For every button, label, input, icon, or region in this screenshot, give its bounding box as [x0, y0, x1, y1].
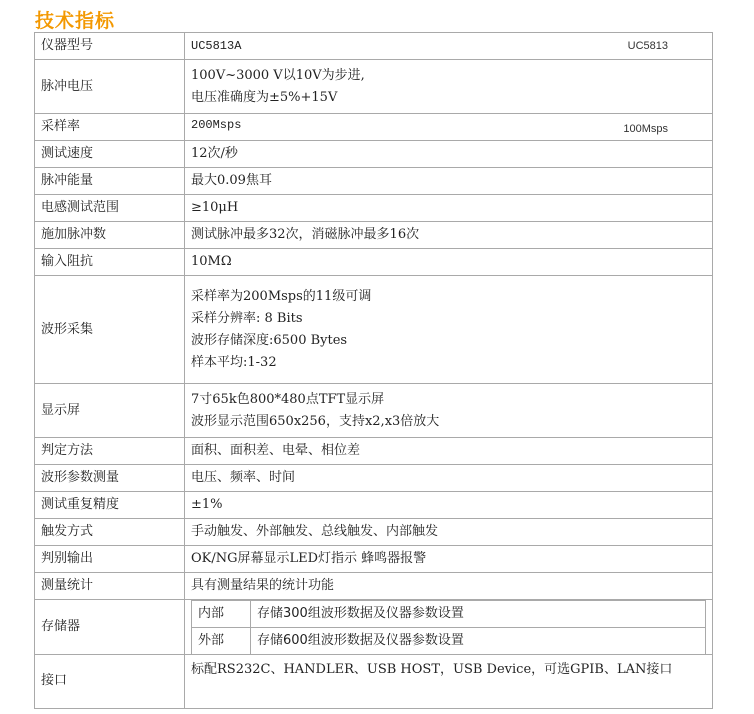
- spec-row-test-speed: 测试速度 12次/秒: [35, 141, 713, 168]
- row-label: 测试重复精度: [35, 492, 185, 519]
- row-value: 具有测量结果的统计功能: [185, 573, 713, 600]
- row-label: 波形采集: [35, 276, 185, 384]
- spec-row-judgment-output: 判别输出 OK/NG屏幕显示LED灯指示 蜂鸣器报警: [35, 546, 713, 573]
- row-label: 测试速度: [35, 141, 185, 168]
- row-value: 100V~3000 V以10V为步进, 电压准确度为±5%+15V: [185, 60, 713, 114]
- row-value: 面积、面积差、电晕、相位差: [185, 438, 713, 465]
- storage-subtable-cell: 内部 存储300组波形数据及仪器参数设置 外部 存储600组波形数据及仪器参数设…: [185, 600, 713, 655]
- row-label: 施加脉冲数: [35, 222, 185, 249]
- row-value: ±1%: [185, 492, 713, 519]
- section-title: 技术指标: [35, 6, 115, 33]
- spec-row-model: 仪器型号 UC5813A UC5813: [35, 33, 713, 60]
- sample-rate-alt: 100Msps: [623, 118, 668, 140]
- spec-row-waveform-params: 波形参数测量 电压、频率、时间: [35, 465, 713, 492]
- spec-row-pulse-voltage: 脉冲电压 100V~3000 V以10V为步进, 电压准确度为±5%+15V: [35, 60, 713, 114]
- storage-sub-value: 存储300组波形数据及仪器参数设置: [251, 601, 706, 628]
- storage-row-external: 外部 存储600组波形数据及仪器参数设置: [192, 628, 706, 654]
- row-value: 12次/秒: [185, 141, 713, 168]
- row-label: 显示屏: [35, 384, 185, 438]
- row-value: 测试脉冲最多32次，消磁脉冲最多16次: [185, 222, 713, 249]
- value-line: 采样分辨率: 8 Bits: [191, 308, 706, 330]
- row-label: 触发方式: [35, 519, 185, 546]
- row-label: 存储器: [35, 600, 185, 655]
- row-value: ≥10μH: [185, 195, 713, 222]
- spec-row-sample-rate: 采样率 200Msps 100Msps: [35, 114, 713, 141]
- value-line: 波形显示范围650x256，支持x2,x3倍放大: [191, 411, 706, 433]
- row-value: 7寸65k色800*480点TFT显示屏 波形显示范围650x256，支持x2,…: [185, 384, 713, 438]
- spec-row-inductance-range: 电感测试范围 ≥10μH: [35, 195, 713, 222]
- value-line: 7寸65k色800*480点TFT显示屏: [191, 389, 706, 411]
- model-alt: UC5813: [628, 35, 668, 57]
- spec-table: 仪器型号 UC5813A UC5813 脉冲电压 100V~3000 V以10V…: [34, 32, 713, 709]
- value-line: 波形存储深度:6500 Bytes: [191, 330, 706, 352]
- row-label: 波形参数测量: [35, 465, 185, 492]
- row-value: 10MΩ: [185, 249, 713, 276]
- row-value: 采样率为200Msps的11级可调 采样分辨率: 8 Bits 波形存储深度:6…: [185, 276, 713, 384]
- spec-row-trigger-mode: 触发方式 手动触发、外部触发、总线触发、内部触发: [35, 519, 713, 546]
- spec-row-judgment-method: 判定方法 面积、面积差、电晕、相位差: [35, 438, 713, 465]
- spec-row-storage: 存储器 内部 存储300组波形数据及仪器参数设置 外部 存储600组波形数据及仪…: [35, 600, 713, 655]
- row-label: 判别输出: [35, 546, 185, 573]
- row-label: 判定方法: [35, 438, 185, 465]
- spec-row-repeatability: 测试重复精度 ±1%: [35, 492, 713, 519]
- row-label: 脉冲电压: [35, 60, 185, 114]
- storage-sub-value: 存储600组波形数据及仪器参数设置: [251, 628, 706, 654]
- spec-row-statistics: 测量统计 具有测量结果的统计功能: [35, 573, 713, 600]
- row-label: 接口: [35, 654, 185, 708]
- row-label: 电感测试范围: [35, 195, 185, 222]
- value-line: 电压准确度为±5%+15V: [191, 87, 706, 109]
- row-label: 输入阻抗: [35, 249, 185, 276]
- sample-rate-primary: 200Msps: [191, 118, 241, 132]
- row-value: UC5813A UC5813: [185, 33, 713, 60]
- row-value: 电压、频率、时间: [185, 465, 713, 492]
- row-value: 最大0.09焦耳: [185, 168, 713, 195]
- row-label: 脉冲能量: [35, 168, 185, 195]
- row-value: 200Msps 100Msps: [185, 114, 713, 141]
- storage-sub-label: 内部: [192, 601, 251, 628]
- value-line: 100V~3000 V以10V为步进,: [191, 65, 706, 87]
- spec-row-input-impedance: 输入阻抗 10MΩ: [35, 249, 713, 276]
- spec-row-pulse-count: 施加脉冲数 测试脉冲最多32次，消磁脉冲最多16次: [35, 222, 713, 249]
- storage-subtable: 内部 存储300组波形数据及仪器参数设置 外部 存储600组波形数据及仪器参数设…: [191, 600, 706, 654]
- value-line: 样本平均:1-32: [191, 352, 706, 374]
- row-label: 采样率: [35, 114, 185, 141]
- spec-row-interface: 接口 标配RS232C、HANDLER、USB HOST，USB Device，…: [35, 654, 713, 708]
- spec-row-display: 显示屏 7寸65k色800*480点TFT显示屏 波形显示范围650x256，支…: [35, 384, 713, 438]
- row-value: 标配RS232C、HANDLER、USB HOST，USB Device，可选G…: [185, 654, 713, 708]
- spec-row-pulse-energy: 脉冲能量 最大0.09焦耳: [35, 168, 713, 195]
- storage-row-internal: 内部 存储300组波形数据及仪器参数设置: [192, 601, 706, 628]
- spec-row-waveform-acquisition: 波形采集 采样率为200Msps的11级可调 采样分辨率: 8 Bits 波形存…: [35, 276, 713, 384]
- row-value: 手动触发、外部触发、总线触发、内部触发: [185, 519, 713, 546]
- storage-sub-label: 外部: [192, 628, 251, 654]
- value-line: 采样率为200Msps的11级可调: [191, 286, 706, 308]
- row-value: OK/NG屏幕显示LED灯指示 蜂鸣器报警: [185, 546, 713, 573]
- row-label: 测量统计: [35, 573, 185, 600]
- row-label: 仪器型号: [35, 33, 185, 60]
- model-primary: UC5813A: [191, 39, 241, 53]
